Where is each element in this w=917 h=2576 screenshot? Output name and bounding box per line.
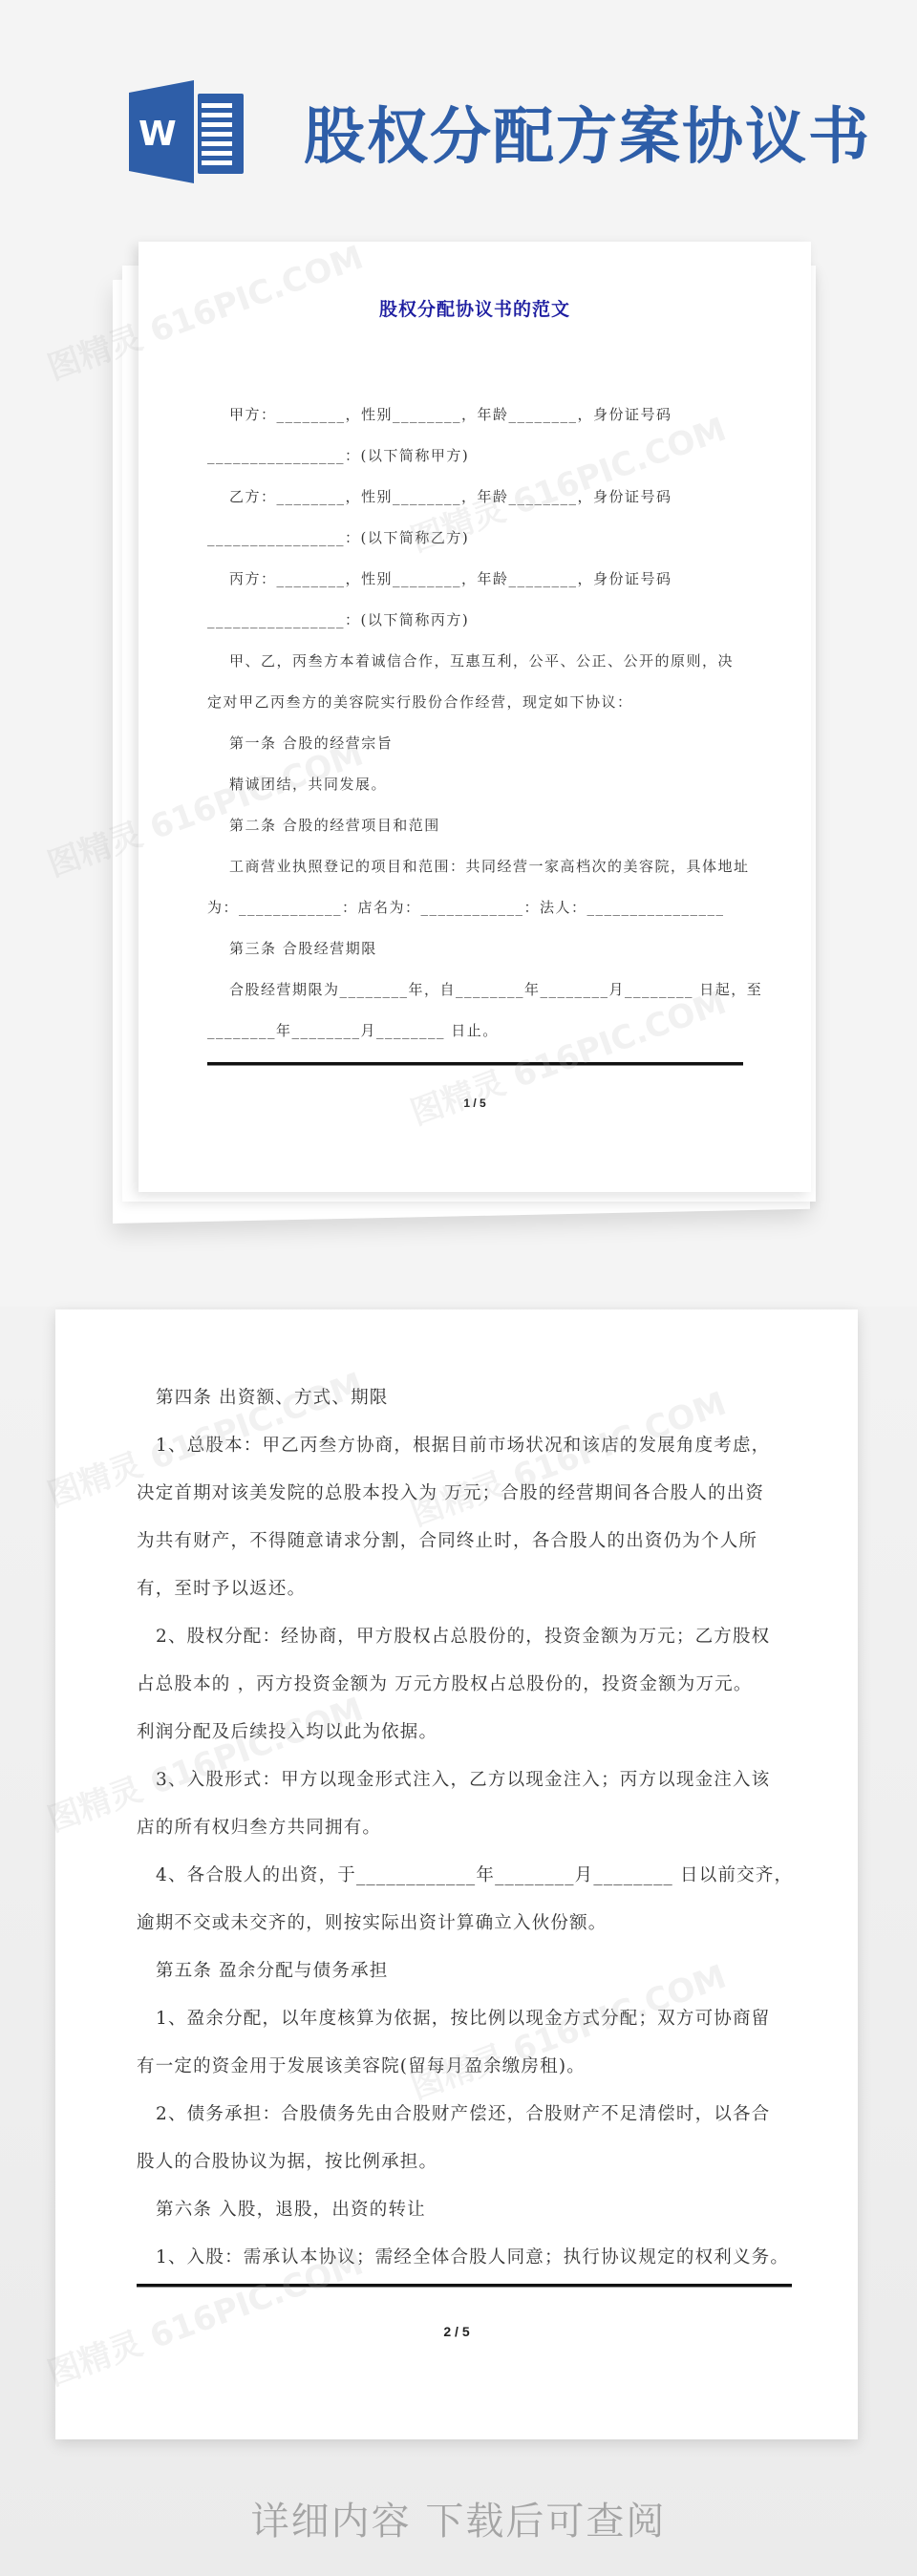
paragraph-line: 精诚团结，共同发展。 [229, 774, 387, 794]
word-logo-document [198, 94, 244, 174]
page-title: 股权分配方案协议书 [304, 88, 871, 176]
document-title: 股权分配协议书的范文 [139, 295, 811, 321]
download-hint: 详细内容 下载后可查阅 [0, 2491, 917, 2545]
page-divider [137, 2284, 792, 2288]
paragraph-line: ________年________月________ 日止。 [207, 1020, 499, 1040]
article-heading: 第五条 盈余分配与债务承担 [156, 1957, 388, 1982]
article-heading: 第六条 入股，退股，出资的转让 [156, 2196, 426, 2221]
paragraph-line: 2、股权分配：经协商，甲方股权占总股份的，投资金额为万元；乙方股权 [156, 1623, 770, 1648]
paragraph-line: 有一定的资金用于发展该美容院(留每月盈余缴房租)。 [137, 2053, 586, 2077]
paragraph-line: 利润分配及后续投入均以此为依据。 [137, 1718, 437, 1743]
paragraph-line: 1、盈余分配，以年度核算为依据，按比例以现金方式分配；双方可协商留 [156, 2005, 770, 2030]
word-logo-cover: W [129, 80, 194, 183]
party-a-id-line: ________________：(以下简称甲方) [207, 445, 469, 465]
paragraph-line: 1、总股本：甲乙丙叁方协商，根据目前市场状况和该店的发展角度考虑， [156, 1432, 770, 1457]
party-b-id-line: ________________：(以下简称乙方) [207, 527, 469, 547]
party-c-id-line: ________________：(以下简称丙方) [207, 609, 469, 629]
paragraph-line: 甲、乙，丙叁方本着诚信合作，互惠互利，公平、公正、公开的原则，决 [229, 650, 734, 671]
paragraph-line: 2、债务承担：合股债务先由合股财产偿还，合股财产不足清偿时，以各合 [156, 2100, 770, 2125]
paragraph-line: 占总股本的 ，丙方投资金额为 万元方股权占总股份的，投资金额为万元。 [137, 1671, 753, 1695]
paragraph-line: 有，至时予以返还。 [137, 1575, 306, 1600]
party-c-line: 丙方：________，性别________，年龄________，身份证号码 [229, 568, 672, 588]
paragraph-line: 逾期不交或未交齐的，则按实际出资计算确立入伙份额。 [137, 1909, 608, 1934]
document-page-1: 股权分配协议书的范文 甲方：________，性别________，年龄____… [139, 242, 811, 1192]
page-number: 1 / 5 [139, 1096, 811, 1110]
article-heading: 第三条 合股经营期限 [229, 938, 377, 958]
document-page-2: 第四条 出资额、方式、期限 1、总股本：甲乙丙叁方协商，根据目前市场状况和该店的… [55, 1309, 858, 2439]
paragraph-line: 股人的合股协议为据，按比例承担。 [137, 2148, 437, 2173]
paragraph-line: 为：____________：店名为：____________：法人：_____… [207, 897, 725, 917]
word-logo-icon: W [129, 80, 245, 183]
article-heading: 第二条 合股的经营项目和范围 [229, 815, 440, 835]
paragraph-line: 为共有财产，不得随意请求分割，合同终止时，各合股人的出资仍为个人所 [137, 1527, 757, 1552]
article-heading: 第四条 出资额、方式、期限 [156, 1384, 388, 1409]
paragraph-line: 4、各合股人的出资，于____________年________月_______… [156, 1862, 793, 1886]
party-a-line: 甲方：________，性别________，年龄________，身份证号码 [229, 404, 672, 424]
paragraph-line: 工商营业执照登记的项目和范围：共同经营一家高档次的美容院，具体地址 [229, 856, 750, 876]
paragraph-line: 合股经营期限为________年，自________年________月____… [229, 979, 762, 999]
paragraph-line: 店的所有权归叁方共同拥有。 [137, 1814, 381, 1839]
word-logo-letter: W [139, 115, 177, 154]
paragraph-line: 1、入股：需承认本协议；需经全体合股人同意；执行协议规定的权利义务。 [156, 2244, 789, 2268]
page-divider [207, 1062, 743, 1066]
paragraph-line: 决定首期对该美发院的总股本投入为 万元；合股的经营期间各合股人的出资 [137, 1480, 764, 1504]
paragraph-line: 定对甲乙丙叁方的美容院实行股份合作经营，现定如下协议： [207, 692, 633, 712]
party-b-line: 乙方：________，性别________，年龄________，身份证号码 [229, 486, 672, 506]
article-heading: 第一条 合股的经营宗旨 [229, 733, 393, 753]
paragraph-line: 3、入股形式：甲方以现金形式注入，乙方以现金注入；丙方以现金注入该 [156, 1766, 770, 1791]
page-number: 2 / 5 [55, 2324, 858, 2339]
